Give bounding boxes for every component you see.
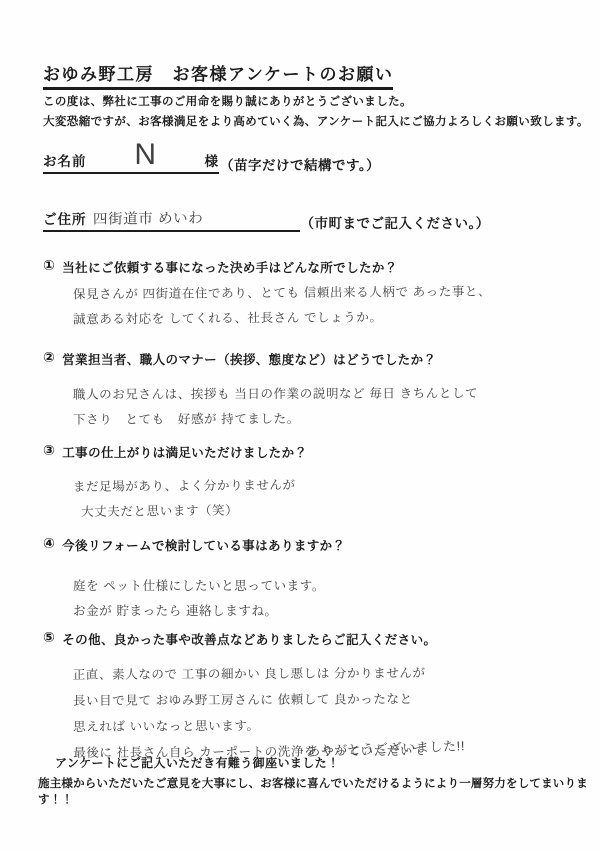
answer-line: 思えれば いいなっと思います。 [73,712,437,740]
intro-line-1: この度は、弊社に工事のご用命を賜り誠にありがとうございました。 [43,92,589,112]
answer-line: 保見さんが 四街道在住であり、とても 信頼出来る人柄で あった事と、 [73,280,491,308]
intro-line-2: 大変恐縮ですが、お客様満足をより高めていく為、アンケート記入にご協力よろしくお願… [43,112,589,132]
question-4-number-icon: ④ [43,536,55,554]
name-field-value: N [87,140,205,170]
question-1-number-icon: ① [43,258,55,276]
address-field-label: ご住所 [43,208,87,228]
footer-thanks-line: アンケートにご記入いただき有難う御座いました！ [55,754,339,771]
question-3: ③ 工事の仕上がりは満足いただけましたか？ まだ足場があり、よく分かりませんが … [43,443,307,524]
question-1-text: 当社にご依頼する事になった決め手はどんな所でしたか？ [62,258,397,276]
answer-line: 長い目で見て おゆみ野工房さんに 依頼して 良かったなと [73,686,437,714]
answer-line: 職人のお兄さんは、挨拶も 当日の作業の説明など 毎日 きちんとして [73,381,478,407]
name-honorific: 様 [205,150,220,170]
question-4-answer: 庭を ペット仕様にしたいと思っています。 お金が 貯まったら 連絡しますね。 [73,574,345,624]
answer-line: 誠意ある対応を してくれる、社長さん でしょうか。 [73,305,491,333]
name-field-label: お名前 [43,150,87,170]
question-4: ④ 今後リフォームで検討している事はありますか？ 庭を ペット仕様にしたいと思っ… [43,536,345,624]
name-field-note: （苗字だけで結構です。） [220,154,380,174]
question-3-number-icon: ③ [43,443,55,461]
question-3-answer: まだ足場があり、よく分かりませんが 大丈夫だと思います（笑） [73,473,308,525]
question-5-heading: ⑤ その他、良かった事や改善点などありましたらご記入ください。 [43,630,436,648]
question-5-number-icon: ⑤ [43,630,55,648]
question-2-number-icon: ② [43,350,55,368]
question-1-answer: 保見さんが 四街道在住であり、とても 信頼出来る人柄で あった事と、 誠意ある対… [73,280,492,333]
question-3-text: 工事の仕上がりは満足いただけましたか？ [62,443,307,461]
answer-line: 正直、素人なので 工事の細かい 良し悪しは 分かりませんが [73,660,437,688]
question-2-answer: 職人のお兄さんは、挨拶も 当日の作業の説明など 毎日 きちんとして 下さり とて… [73,381,478,432]
address-field-note: （市町までご記入ください。） [301,212,490,232]
question-3-heading: ③ 工事の仕上がりは満足いただけましたか？ [43,443,307,461]
address-field-underline: ご住所 四街道市 めいわ [43,208,300,232]
question-1-heading: ① 当社にご依頼する事になった決め手はどんな所でしたか？ [43,258,491,276]
answer-line: 庭を ペット仕様にしたいと思っています。 [73,574,345,599]
question-2-text: 営業担当者、職人のマナー（挨拶、態度など）はどうでしたか？ [62,350,436,368]
answer-line: 大丈夫だと思います（笑） [81,498,308,525]
answer-line: まだ足場があり、よく分かりませんが [73,473,308,500]
answer-line: 下さり とても 好感が 持てました。 [73,406,478,432]
answer-line: お金が 貯まったら 連絡しますね。 [73,599,345,624]
question-5-text: その他、良かった事や改善点などありましたらご記入ください。 [62,630,436,648]
question-1: ① 当社にご依頼する事になった決め手はどんな所でしたか？ 保見さんが 四街道在住… [43,258,491,331]
survey-document: おゆみ野工房 お客様アンケートのお願い この度は、弊社に工事のご用命を賜り誠にあ… [0,0,601,850]
address-field-row: ご住所 四街道市 めいわ （市町までご記入ください。） [43,208,490,232]
name-field-underline: お名前 N 様 [43,140,219,174]
footer-pledge-line: 施主様からいただいたご意見を大事にし、お客様に喜んでいただけるようにより一層努力… [38,775,601,807]
question-4-text: 今後リフォームで検討している事はありますか？ [62,536,345,554]
question-2-heading: ② 営業担当者、職人のマナー（挨拶、態度など）はどうでしたか？ [43,350,478,368]
intro-text: この度は、弊社に工事のご用命を賜り誠にありがとうございました。 大変恐縮ですが、… [43,92,589,132]
question-4-heading: ④ 今後リフォームで検討している事はありますか？ [43,536,345,554]
address-field-value: 四街道市 めいわ [86,209,257,229]
name-field-row: お名前 N 様 （苗字だけで結構です。） [43,140,380,174]
question-2: ② 営業担当者、職人のマナー（挨拶、態度など）はどうでしたか？ 職人のお兄さんは… [43,350,478,432]
page-title: おゆみ野工房 お客様アンケートのお願い [43,60,393,90]
